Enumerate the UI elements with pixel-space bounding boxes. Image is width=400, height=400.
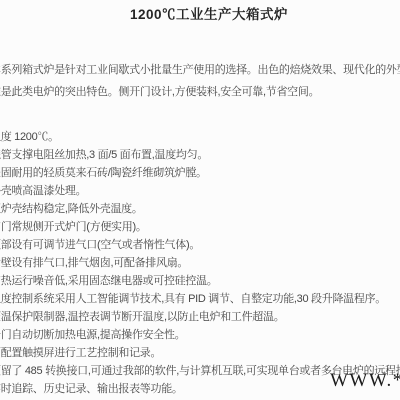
feature-line: 加热运行噪音低,采用固态继电器或可控硅控温。 — [0, 272, 400, 290]
feature-line: 开门自动切断加热电源,提高操作安全性。 — [0, 326, 400, 344]
feature-line: 可配置触摸屏进行工艺控制和记录。 — [0, 344, 400, 362]
feature-line: 炉门常规侧开式炉门(方便实用)。 — [0, 218, 400, 236]
feature-line: 温度控制系统采用人工智能调节技术,具有 PID 调节、自整定功能,30 段升降温… — [0, 290, 400, 308]
feature-line: 外壳喷高温漆处理。 — [0, 182, 400, 200]
feature-line: 后壁设有排气口,排气烟囱,可配备排风扇。 — [0, 254, 400, 272]
feature-line: 双炉壳结构稳定,降低外壳温度。 — [0, 200, 400, 218]
feature-line: 超温保护限制器,温控表调节断开温度,以防止电炉和工件超温。 — [0, 308, 400, 326]
feature-line: 坚固耐用的轻质莫来石砖/陶瓷纤维砌筑炉膛。 — [0, 164, 400, 182]
feature-list: 温度 1200℃。 瓷管支撑电阻丝加热,3 面/5 面布置,温度均匀。 坚固耐用… — [0, 128, 400, 398]
content-area: 1200℃工业生产大箱式炉 本系列箱式炉是针对工业间歇式小批量生产使用的选择。出… — [0, 0, 400, 398]
watermark-text: WWW.*** — [330, 370, 400, 392]
feature-line: 顶部设有可调节进气口(空气或者惰性气体)。 — [0, 236, 400, 254]
intro-paragraph: 本系列箱式炉是针对工业间歇式小批量生产使用的选择。出色的焙烧效果、现代化的外型设… — [0, 59, 400, 103]
page-title: 1200℃工业生产大箱式炉 — [0, 7, 400, 22]
intro-line: 维是此类电炉的突出特色。侧开门设计,方便装料,安全可靠,节省空间。 — [0, 81, 400, 103]
feature-line: 温度 1200℃。 — [0, 128, 400, 146]
feature-line: 瓷管支撑电阻丝加热,3 面/5 面布置,温度均匀。 — [0, 146, 400, 164]
intro-line: 本系列箱式炉是针对工业间歇式小批量生产使用的选择。出色的焙烧效果、现代化的外型设… — [0, 59, 400, 81]
